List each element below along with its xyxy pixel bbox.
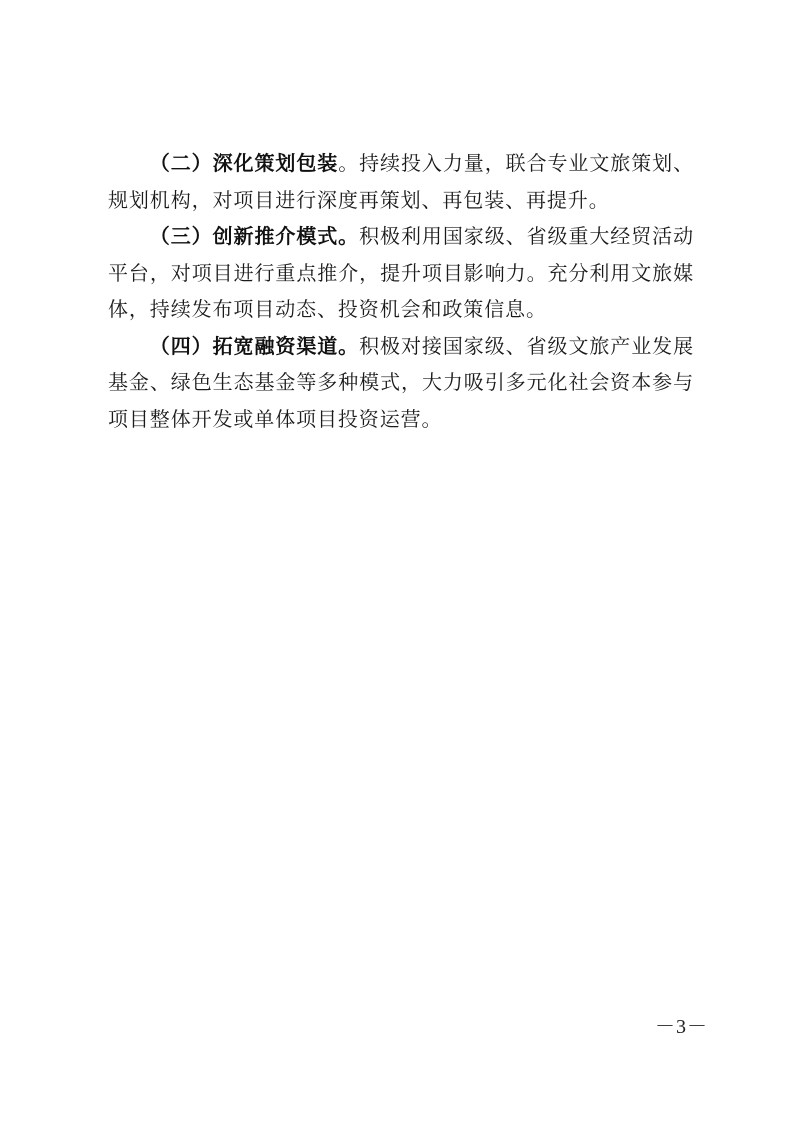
- document-page: （二）深化策划包装。持续投入力量，联合专业文旅策划、规划机构，对项目进行深度再策…: [0, 0, 793, 1122]
- paragraph-deepen-planning: （二）深化策划包装。持续投入力量，联合专业文旅策划、规划机构，对项目进行深度再策…: [108, 145, 694, 218]
- paragraph-broaden-financing: （四）拓宽融资渠道。积极对接国家级、省级文旅产业发展基金、绿色生态基金等多种模式…: [108, 328, 694, 438]
- section-heading: （三）创新推介模式。: [150, 224, 359, 248]
- section-heading: （二）深化策划包装: [150, 151, 338, 175]
- section-heading: （四）拓宽融资渠道。: [150, 334, 359, 358]
- paragraph-innovate-promotion: （三）创新推介模式。积极利用国家级、省级重大经贸活动平台，对项目进行重点推介，提…: [108, 218, 694, 328]
- page-number: －3－: [655, 1010, 708, 1039]
- heading-punctuation: 。: [338, 151, 359, 175]
- document-body: （二）深化策划包装。持续投入力量，联合专业文旅策划、规划机构，对项目进行深度再策…: [108, 145, 694, 437]
